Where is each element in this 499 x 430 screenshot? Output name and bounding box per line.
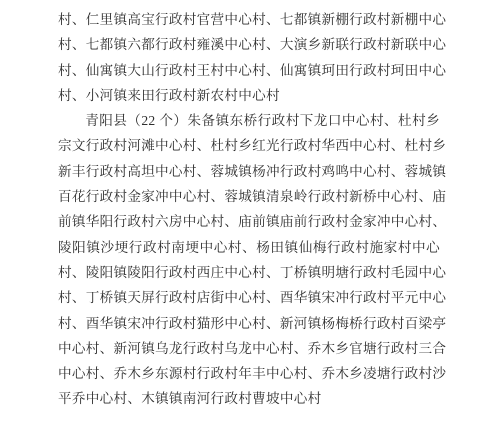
text-line: 新丰行政村高坦中心村、蓉城镇杨冲行政村鸡鸣中心村、蓉城镇 <box>58 159 440 184</box>
text-line: 前镇华阳行政村六房中心村、庙前镇庙前行政村金家冲中心村、 <box>58 209 440 234</box>
text-line: 村、陵阳镇陵阳行政村西庄中心村、丁桥镇明塘行政村毛园中心 <box>58 260 440 285</box>
text-line: 百花行政村金家冲中心村、蓉城镇清泉岭行政村新桥中心村、庙 <box>58 184 440 209</box>
text-line: 村、小河镇来田行政村新农村中心村 <box>58 83 440 108</box>
text-line: 村、丁桥镇天屏行政村店街中心村、酉华镇宋冲行政村平元中心 <box>58 285 440 310</box>
text-line: 陵阳镇沙埂行政村南埂中心村、杨田镇仙梅行政村施家村中心 <box>58 235 440 260</box>
text-line: 村、仙寓镇大山行政村王村中心村、仙寓镇珂田行政村珂田中心 <box>58 58 440 83</box>
text-line: 村、仁里镇高宝行政村官营中心村、七都镇新棚行政村新棚中心 <box>58 7 440 32</box>
document-text-block: 村、仁里镇高宝行政村官营中心村、七都镇新棚行政村新棚中心村、七都镇六都行政村雍溪… <box>58 7 440 412</box>
text-line: 中心村、乔木乡东源村行政村年丰中心村、乔木乡凌塘行政村沙 <box>58 361 440 386</box>
text-line: 村、酉华镇宋冲行政村猫形中心村、新河镇杨梅桥行政村百梁亭 <box>58 311 440 336</box>
document-page: 村、仁里镇高宝行政村官营中心村、七都镇新棚行政村新棚中心村、七都镇六都行政村雍溪… <box>0 0 499 430</box>
text-line: 青阳县（22 个）朱备镇东桥行政村下龙口中心村、杜村乡 <box>58 108 440 133</box>
text-line: 村、七都镇六都行政村雍溪中心村、大演乡新联行政村新联中心 <box>58 32 440 57</box>
text-line: 宗文行政村河滩中心村、杜村乡红光行政村华西中心村、杜村乡 <box>58 133 440 158</box>
text-line: 平乔中心村、木镇镇南河行政村曹坡中心村 <box>58 386 440 411</box>
text-line: 中心村、新河镇乌龙行政村乌龙中心村、乔木乡官塘行政村三合 <box>58 336 440 361</box>
